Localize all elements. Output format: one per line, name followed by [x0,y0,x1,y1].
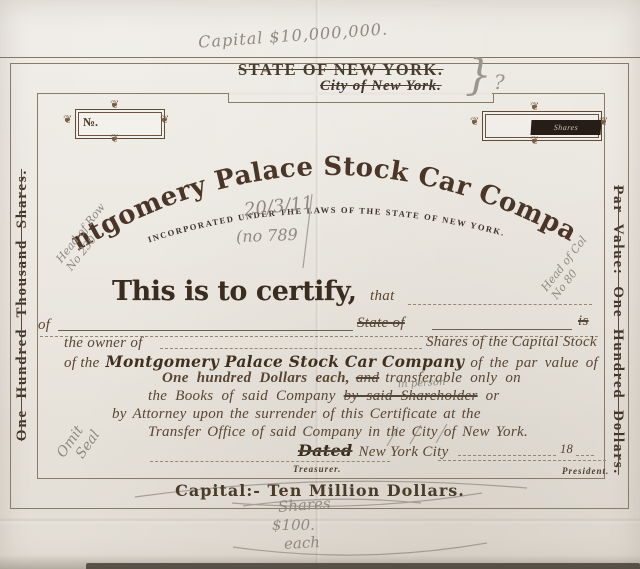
president-signature-line [438,450,606,461]
transfer-office-line: Transfer Office of said Company in the C… [148,424,528,441]
incorporated-line-arched: INCORPORATED UNDER THE LAWS OF THE STATE… [147,205,507,245]
owner-of-label: the owner of [64,335,143,352]
shares-capital-label: Shares of the Capital Stock [426,334,597,351]
and-struck: and [356,370,379,387]
shares-count-blank [160,338,422,349]
books-line: the Books of said Company by said Shareh… [148,388,500,405]
pencil-number: (no 789 [236,225,298,246]
or-label: or [486,388,500,405]
left-margin-text: One Hundred Thousand Shares. [14,140,32,470]
attorney-line: by Attorney upon the surrender of this C… [112,406,481,423]
certificate-scan: Capital $10,000,000. STATE OF NEW YORK. … [0,0,640,569]
name-blank [408,294,592,305]
pencil-each: each [284,533,321,553]
value-line: One hundred Dollars each, and transferab… [162,370,521,387]
president-label: President. [562,466,609,476]
company-line: of the Montgomery Palace Stock Car Compa… [64,352,598,372]
pencil-price: $100. [272,516,315,534]
by-said-shareholder-struck: by said Shareholder [344,388,478,405]
treasurer-label: Treasurer. [293,464,341,474]
company-name-inline: Montgomery Palace Stock Car Company [106,352,465,371]
right-margin-text: Par Value: One Hundred Dollars. [608,155,626,505]
certify-that: that [370,288,395,305]
certify-heading: This is to certify, [112,276,357,307]
of-the-label: of the [64,355,100,372]
one-hundred-dollars-label: One hundred Dollars each, [162,370,350,387]
pencil-shares: Shares [277,494,331,516]
treasurer-signature-line [150,451,390,462]
books-label: the Books of said Company [148,388,336,405]
